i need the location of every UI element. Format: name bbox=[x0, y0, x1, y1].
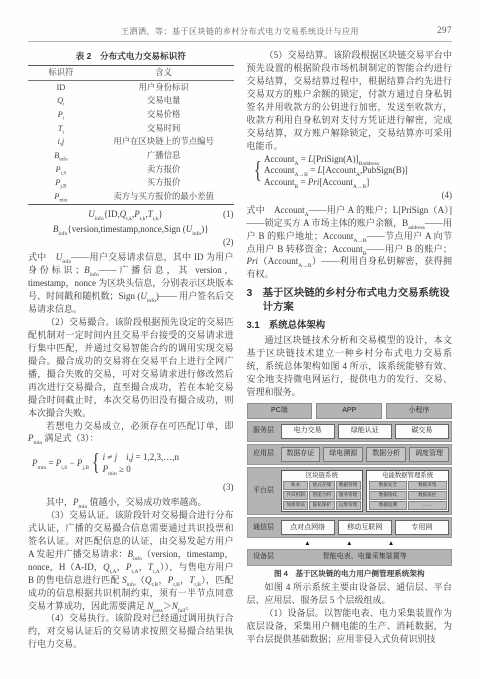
table2-identifiers: 标识符 含义 ID用户身份标识Qt交易电量Pt交易价格Tt交易时间i,j用户在区… bbox=[28, 65, 234, 205]
table-row: Binfo广播信息 bbox=[28, 150, 234, 164]
blockchain-module-box: 服务管理 bbox=[336, 491, 361, 500]
blockchain-module-box: 运维管理 bbox=[336, 501, 361, 510]
application-box: 数据存证 bbox=[281, 447, 321, 462]
col-header-meaning: 含义 bbox=[94, 66, 234, 81]
paragraph-order-condition: 若想电力交易成立，必须存在可匹配订单，即 Pmin 满足式（3）： bbox=[28, 420, 234, 446]
left-column: 表 2 分布式电力交易标识符 标识符 含义 ID用户身份标识Qt交易电量Pt交易… bbox=[28, 49, 234, 651]
paragraph-layer-overview: 如图 4 所示系统主要由设备层、通信层、平台层、应用层、服务层 5 个层级组成。 bbox=[247, 581, 453, 607]
device-layer-text: 智能电表、电量采集装置等 bbox=[281, 552, 450, 562]
device-layer-row: 设备层 智能电表、电量采集装置等 bbox=[247, 549, 453, 565]
equation-3-number: (3) bbox=[28, 481, 234, 494]
client-box: PC端 bbox=[247, 403, 313, 419]
service-box: 电力交易 bbox=[281, 424, 335, 439]
blockchain-module-box: 账本 bbox=[283, 481, 308, 490]
table-row: Pmin卖方与买方报价的最小差值 bbox=[28, 191, 234, 205]
energy-module-box: 数据追溯 bbox=[369, 501, 407, 510]
energy-module-box: 数据安全 bbox=[369, 481, 407, 490]
paragraph-symbol-definitions: 式中 Uinfo——用户交易请求信息，其中 ID 为用户身份标识；Binfo——… bbox=[28, 251, 234, 316]
table-row: i,j用户在区块链上的节点编号 bbox=[28, 136, 234, 150]
equation-1: Uinfo{ID,Qt,k,Pt,k,Tt,k} (1) bbox=[28, 208, 234, 221]
blockchain-system-box: 区块链系统 账本链式存储数据管理共识机制智能合约服务管理加密算法隐私保护运维管理 bbox=[281, 470, 364, 512]
paragraph-account-definitions: 式中 AccountA——用户 A 的账户；L[PriSign（A）]——锁定买… bbox=[247, 204, 453, 282]
equation-4: { AccountA = L[PriSign(A)]Baddress Accou… bbox=[247, 154, 453, 202]
blockchain-module-box: 共识机制 bbox=[283, 491, 308, 500]
service-box: 碳交易 bbox=[395, 424, 449, 439]
blockchain-module-box: 隐私保护 bbox=[309, 501, 334, 510]
paper-page: 王洒洒，等：基于区块链的乡村分布式电力交易系统设计与应用 297 表 2 分布式… bbox=[0, 0, 480, 679]
platform-layer-row: 平台层 区块链系统 账本链式存储数据管理共识机制智能合约服务管理加密算法隐私保护… bbox=[247, 467, 453, 515]
up-arrow-icons: ▲ ▲ ▲ bbox=[247, 540, 453, 547]
table-row: ID用户身份标识 bbox=[28, 81, 234, 95]
figure4-diagram: PC端APP小程序 服务层 电力交易绿能认证碳交易 应用层 数据存证绿电溯源数据… bbox=[247, 403, 453, 566]
service-box: 绿能认证 bbox=[338, 424, 392, 439]
energy-module-box: …… bbox=[408, 501, 446, 510]
up-arrow-icon: ▲ bbox=[346, 540, 352, 547]
running-title: 王洒洒，等：基于区块链的乡村分布式电力交易系统设计与应用 bbox=[121, 27, 359, 36]
equation-3: Pmin = Pi,S − Pj,B { i ≠ j i,j = 1,2,3,…… bbox=[28, 446, 234, 494]
table2-caption: 表 2 分布式电力交易标识符 bbox=[28, 50, 234, 62]
equation-3-case2: Pmin ≥ 0 bbox=[103, 464, 179, 476]
energy-data-system-modules: 数据安全数据采集数据指纹数据质控数据追溯…… bbox=[369, 481, 447, 510]
paragraph-pmin-note: 其中，Pmin 值越小，交易成功效率越高。 bbox=[28, 496, 234, 509]
page-number: 297 bbox=[437, 25, 452, 35]
energy-module-box: 数据指纹 bbox=[369, 491, 407, 500]
energy-data-system-title: 电能数据管理系统 bbox=[369, 472, 447, 480]
energy-module-box: 数据采集 bbox=[408, 481, 446, 490]
equation-3-main: Pmin = Pi,S − Pj,B bbox=[32, 457, 89, 470]
client-box: APP bbox=[316, 403, 382, 419]
equation-2-number: (2) bbox=[28, 236, 234, 249]
equation-4-line1: AccountA = L[PriSign(A)]Baddress bbox=[264, 154, 408, 166]
application-layer-items: 数据存证绿电溯源数据分析调度管理 bbox=[281, 447, 450, 462]
application-box: 绿电溯源 bbox=[323, 447, 363, 462]
platform-layer-label: 平台层 bbox=[250, 470, 278, 512]
energy-module-box: 数据质控 bbox=[408, 491, 446, 500]
platform-layer-content: 区块链系统 账本链式存储数据管理共识机制智能合约服务管理加密算法隐私保护运维管理… bbox=[281, 470, 450, 512]
client-box: 小程序 bbox=[386, 403, 452, 419]
table-row: Pj,B买方报价 bbox=[28, 177, 234, 191]
blockchain-module-box: 加密算法 bbox=[283, 501, 308, 510]
col-header-identifier: 标识符 bbox=[28, 66, 94, 81]
table-row: Tt交易时间 bbox=[28, 122, 234, 136]
up-arrow-icon: ▲ bbox=[304, 540, 310, 547]
two-column-body: 表 2 分布式电力交易标识符 标识符 含义 ID用户身份标识Qt交易电量Pt交易… bbox=[28, 49, 452, 651]
service-layer-items: 电力交易绿能认证碳交易 bbox=[281, 424, 450, 439]
paragraph-transaction-authentication: （3）交易认证。该阶段针对交易撮合进行分布式认证，广播的交易撮合信息需要通过共识… bbox=[28, 509, 234, 613]
table-row: Qt交易电量 bbox=[28, 95, 234, 109]
brace-symbol: { bbox=[253, 154, 261, 189]
section-3-1-heading: 3.1 系统总体架构 bbox=[247, 318, 453, 332]
application-box: 数据分析 bbox=[366, 447, 406, 462]
blockchain-module-box: 智能合约 bbox=[309, 491, 334, 500]
blockchain-module-box: 链式存储 bbox=[309, 481, 334, 490]
equation-4-line2: AccountA→B = L[AccountA,PubSign(B)] bbox=[264, 165, 408, 177]
communication-layer-row: 通信层 点对点网络移动互联网专用网 bbox=[247, 517, 453, 538]
right-column: （5）交易结算。该阶段根据区块链交易平台中预先设置的根据阶段市场机制制定的智能合… bbox=[247, 49, 453, 651]
paragraph-transaction-matching: （2）交易撮合。该阶段根据预先设定的交易匹配机制对一定时间内且交易平台接受的交易… bbox=[28, 316, 234, 420]
network-box: 点对点网络 bbox=[281, 520, 335, 535]
running-header: 王洒洒，等：基于区块链的乡村分布式电力交易系统设计与应用 297 bbox=[28, 26, 452, 42]
section-3-heading: 3 基于区块链的乡村分布式电力交易系统设计方案 bbox=[247, 287, 453, 315]
energy-data-system-box: 电能数据管理系统 数据安全数据采集数据指纹数据质控数据追溯…… bbox=[366, 470, 449, 512]
brace-symbol: { bbox=[92, 446, 100, 481]
blockchain-system-modules: 账本链式存储数据管理共识机制智能合约服务管理加密算法隐私保护运维管理 bbox=[283, 481, 361, 510]
paragraph-transaction-settlement: （5）交易结算。该阶段根据区块链交易平台中预先设置的根据阶段市场机制制定的智能合… bbox=[247, 49, 453, 153]
table-row: Pi,S卖方报价 bbox=[28, 163, 234, 177]
equation-3-case1: i ≠ j i,j = 1,2,3,…,n bbox=[103, 452, 179, 464]
service-layer-row: 服务层 电力交易绿能认证碳交易 bbox=[247, 421, 453, 442]
communication-layer-items: 点对点网络移动互联网专用网 bbox=[281, 520, 450, 535]
client-row: PC端APP小程序 bbox=[247, 403, 453, 419]
application-box: 调度管理 bbox=[409, 447, 449, 462]
application-layer-row: 应用层 数据存证绿电溯源数据分析调度管理 bbox=[247, 444, 453, 465]
blockchain-module-box: 数据管理 bbox=[336, 481, 361, 490]
equation-4-number: (4) bbox=[247, 189, 453, 202]
equation-2-body: Binfo{version,timestamp,nonce,Sign (Uinf… bbox=[28, 223, 234, 236]
equation-4-line3: AccountB = Pri[AccountA→B] bbox=[264, 177, 408, 189]
equation-1-number: (1) bbox=[223, 208, 234, 221]
table-header-row: 标识符 含义 bbox=[28, 66, 234, 81]
service-layer-label: 服务层 bbox=[250, 424, 278, 439]
figure4-caption: 图 4 基于区块链的电力用户侧管理系统架构 bbox=[247, 569, 453, 580]
paragraph-architecture-intro: 通过区块链技术分析和交易模型的设计，本文基于区块链技术建立一种乡村分布式电力交易… bbox=[247, 334, 453, 399]
paragraph-transaction-execution: （4）交易执行。该阶段对已经通过调用执行合约，对交易认证后的交易请求按照交易撮合… bbox=[28, 612, 234, 651]
device-layer-label: 设备层 bbox=[250, 552, 278, 562]
equation-1-body: Uinfo{ID,Qt,k,Pt,k,Tt,k} bbox=[28, 208, 223, 221]
application-layer-label: 应用层 bbox=[250, 447, 278, 462]
network-box: 移动互联网 bbox=[338, 520, 392, 535]
paragraph-device-layer: （1）设备层。以智能电表、电力采集装置作为底层设备，采集用户侧电能的生产、消耗数… bbox=[247, 607, 453, 646]
table-row: Pt交易价格 bbox=[28, 108, 234, 122]
table2-body: ID用户身份标识Qt交易电量Pt交易价格Tt交易时间i,j用户在区块链上的节点编… bbox=[28, 81, 234, 205]
network-box: 专用网 bbox=[395, 520, 449, 535]
equation-2: Binfo{version,timestamp,nonce,Sign (Uinf… bbox=[28, 223, 234, 249]
blockchain-system-title: 区块链系统 bbox=[283, 472, 361, 480]
up-arrow-icon: ▲ bbox=[388, 540, 394, 547]
communication-layer-label: 通信层 bbox=[250, 520, 278, 535]
